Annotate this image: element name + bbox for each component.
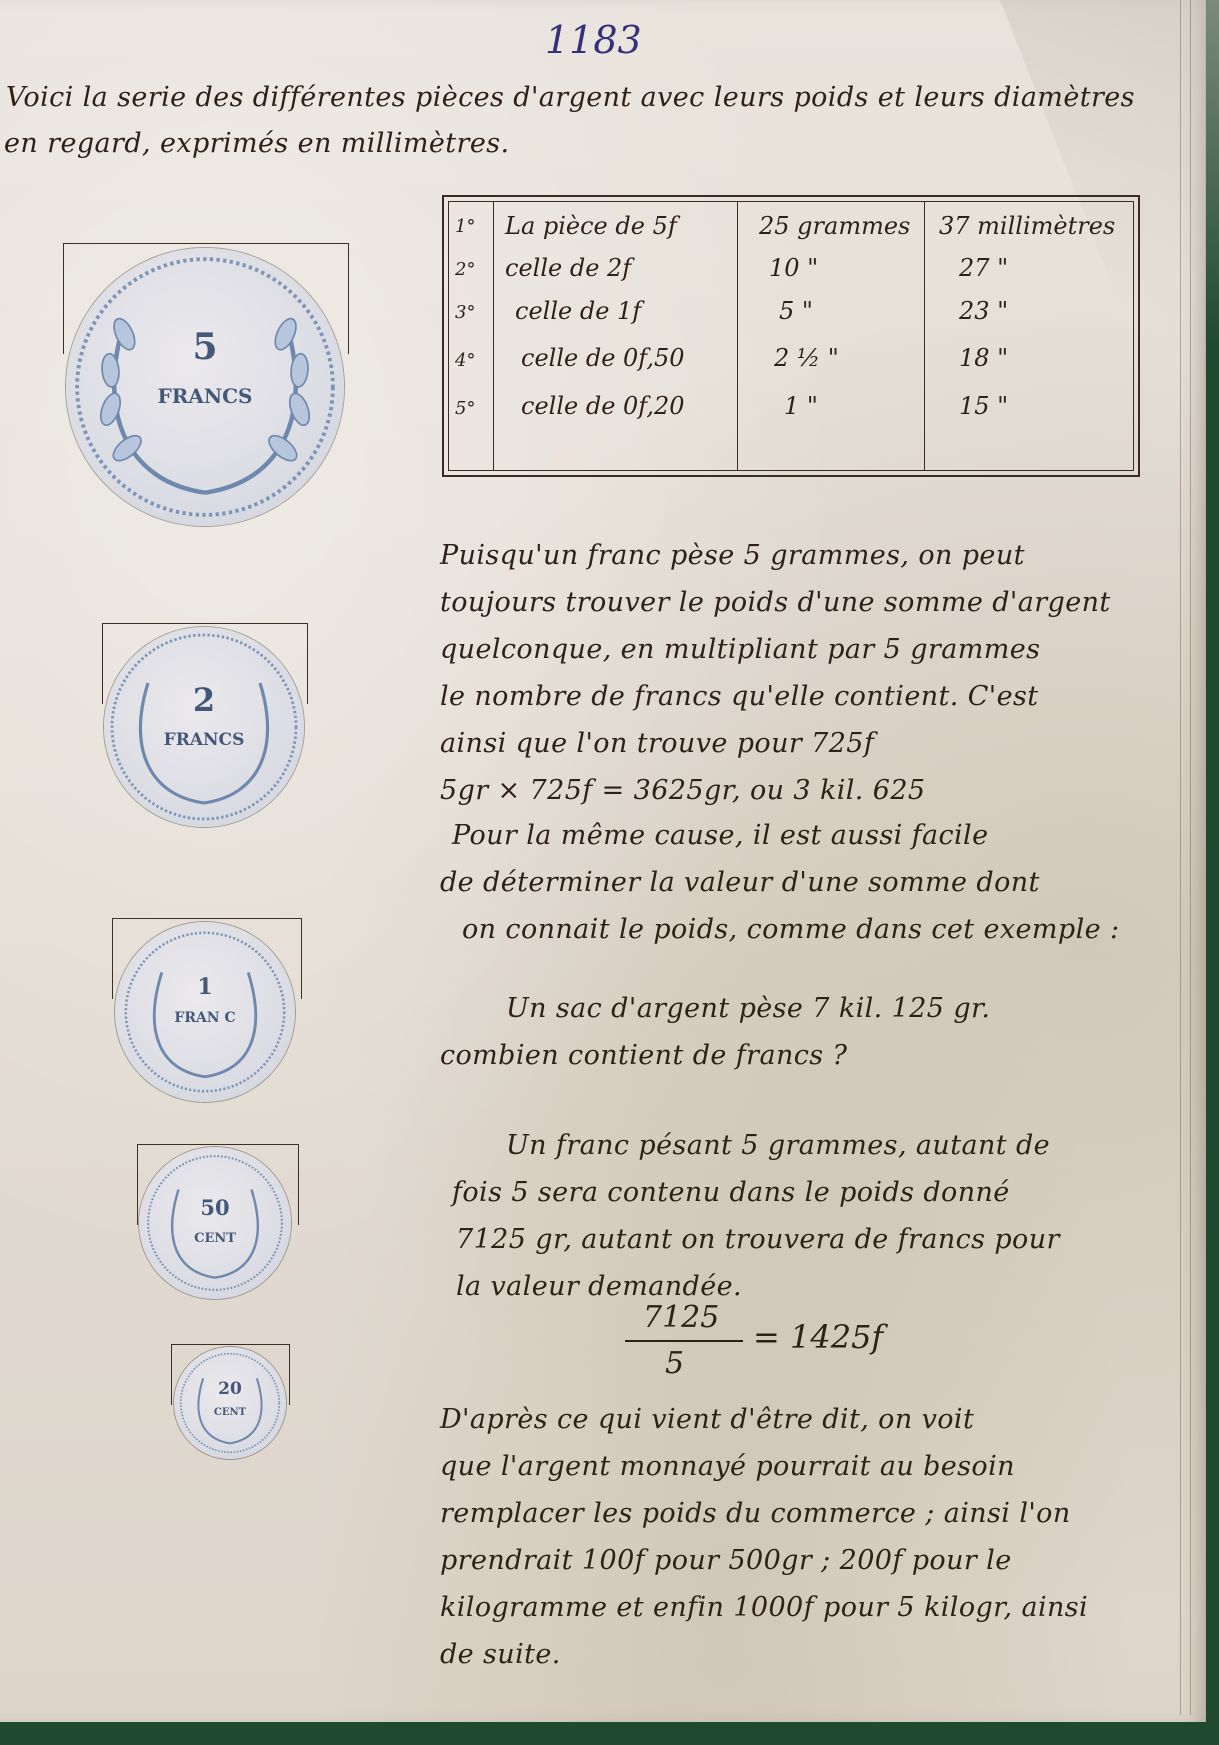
- text-line: remplacer les poids du commerce ; ainsi …: [440, 1490, 1088, 1537]
- row-diameter: 23 ": [959, 297, 1008, 325]
- coin-unit: FRANCS: [104, 730, 304, 750]
- notebook-page: 1183 Voici la serie des différentes pièc…: [0, 0, 1206, 1722]
- heading-line-1: Voici la serie des différentes pièces d'…: [6, 82, 1135, 113]
- text-line: prendrait 100f pour 500gr ; 200f pour le: [440, 1537, 1088, 1584]
- text-line: de déterminer la valeur d'une somme dont: [440, 859, 1119, 906]
- row-rank: 4°: [455, 350, 475, 371]
- row-diameter: 18 ": [959, 344, 1008, 372]
- coin-1-franc: 1 FRAN C: [115, 922, 295, 1102]
- coin-value: 5: [66, 326, 344, 368]
- formula-denominator: 5: [665, 1346, 684, 1381]
- row-weight: 1 ": [784, 392, 818, 420]
- row-rank: 1°: [455, 216, 475, 237]
- text-line: Un sac d'argent pèse 7 kil. 125 gr.: [440, 985, 990, 1032]
- text-line: le nombre de francs qu'elle contient. C'…: [440, 673, 1111, 720]
- row-diameter: 27 ": [959, 254, 1008, 282]
- text-line: Puisqu'un franc pèse 5 grammes, on peut: [440, 532, 1111, 579]
- paragraph-problem: Un sac d'argent pèse 7 kil. 125 gr. comb…: [440, 985, 990, 1079]
- text-line: toujours trouver le poids d'une somme d'…: [440, 579, 1111, 626]
- text-line: combien contient de francs ?: [440, 1032, 990, 1079]
- row-diameter: 15 ": [959, 392, 1008, 420]
- paragraph-solution: Un franc pésant 5 grammes, autant de foi…: [440, 1122, 1060, 1310]
- row-weight: 10 ": [769, 254, 818, 282]
- text-line: 7125 gr, autant on trouvera de francs po…: [440, 1216, 1060, 1263]
- binding-line: [1180, 0, 1181, 1715]
- row-rank: 3°: [455, 302, 475, 323]
- coin-20-centimes: 20 CENT: [174, 1347, 286, 1459]
- row-piece: celle de 0f,50: [521, 344, 685, 372]
- text-line: fois 5 sera contenu dans le poids donné: [440, 1169, 1060, 1216]
- row-weight: 25 grammes: [759, 212, 910, 240]
- coin-5-francs: 5 FRANCS: [66, 248, 344, 526]
- formula-numerator: 7125: [643, 1300, 719, 1335]
- text-line: D'après ce qui vient d'être dit, on voit: [440, 1396, 1088, 1443]
- text-line: 5gr × 725f = 3625gr, ou 3 kil. 625: [440, 767, 1111, 814]
- text-line: Pour la même cause, il est aussi facile: [440, 812, 1119, 859]
- laurel-wreath-icon: [104, 627, 304, 827]
- paragraph-value-rule: Pour la même cause, il est aussi facile …: [440, 812, 1119, 953]
- coin-50-centimes: 50 CENT: [139, 1147, 291, 1299]
- coin-value: 50: [139, 1195, 291, 1220]
- text-line: on connait le poids, comme dans cet exem…: [440, 906, 1119, 953]
- coin-unit: CENT: [139, 1231, 291, 1246]
- coin-table: 1° La pièce de 5f 25 grammes 37 millimèt…: [442, 195, 1140, 477]
- text-line: que l'argent monnayé pourrait au besoin: [440, 1443, 1088, 1490]
- coin-unit: FRAN C: [115, 1010, 295, 1026]
- formula-result: = 1425f: [753, 1318, 883, 1356]
- laurel-wreath-icon: [139, 1147, 291, 1299]
- binding-line: [1190, 0, 1191, 1715]
- folio-number: 1183: [545, 18, 642, 62]
- row-rank: 5°: [455, 398, 475, 419]
- text-line: quelconque, en multipliant par 5 grammes: [440, 626, 1111, 673]
- coin-value: 2: [104, 681, 304, 719]
- heading-line-2: en regard, exprimés en millimètres.: [4, 128, 509, 159]
- row-rank: 2°: [455, 259, 475, 280]
- fraction-bar: [625, 1340, 743, 1342]
- row-weight: 5 ": [779, 297, 813, 325]
- coin-value: 1: [115, 974, 295, 1000]
- row-piece: celle de 2f: [505, 254, 631, 282]
- text-line: ainsi que l'on trouve pour 725f: [440, 720, 1111, 767]
- coin-unit: FRANCS: [66, 384, 344, 408]
- coin-value: 20: [174, 1379, 286, 1399]
- paragraph-weight-rule: Puisqu'un franc pèse 5 grammes, on peut …: [440, 532, 1111, 814]
- laurel-wreath-icon: [174, 1347, 286, 1459]
- row-weight: 2 ½ ": [774, 344, 839, 372]
- text-line: la valeur demandée.: [440, 1263, 1060, 1310]
- text-line: de suite.: [440, 1631, 1088, 1678]
- row-piece: celle de 1f: [515, 297, 641, 325]
- row-diameter: 37 millimètres: [939, 212, 1115, 240]
- coin-unit: CENT: [174, 1407, 286, 1418]
- coin-2-francs: 2 FRANCS: [104, 627, 304, 827]
- paragraph-conclusion: D'après ce qui vient d'être dit, on voit…: [440, 1396, 1088, 1678]
- row-piece: La pièce de 5f: [505, 212, 677, 240]
- row-piece: celle de 0f,20: [521, 392, 685, 420]
- text-line: kilogramme et enfin 1000f pour 5 kilogr,…: [440, 1584, 1088, 1631]
- text-line: Un franc pésant 5 grammes, autant de: [440, 1122, 1060, 1169]
